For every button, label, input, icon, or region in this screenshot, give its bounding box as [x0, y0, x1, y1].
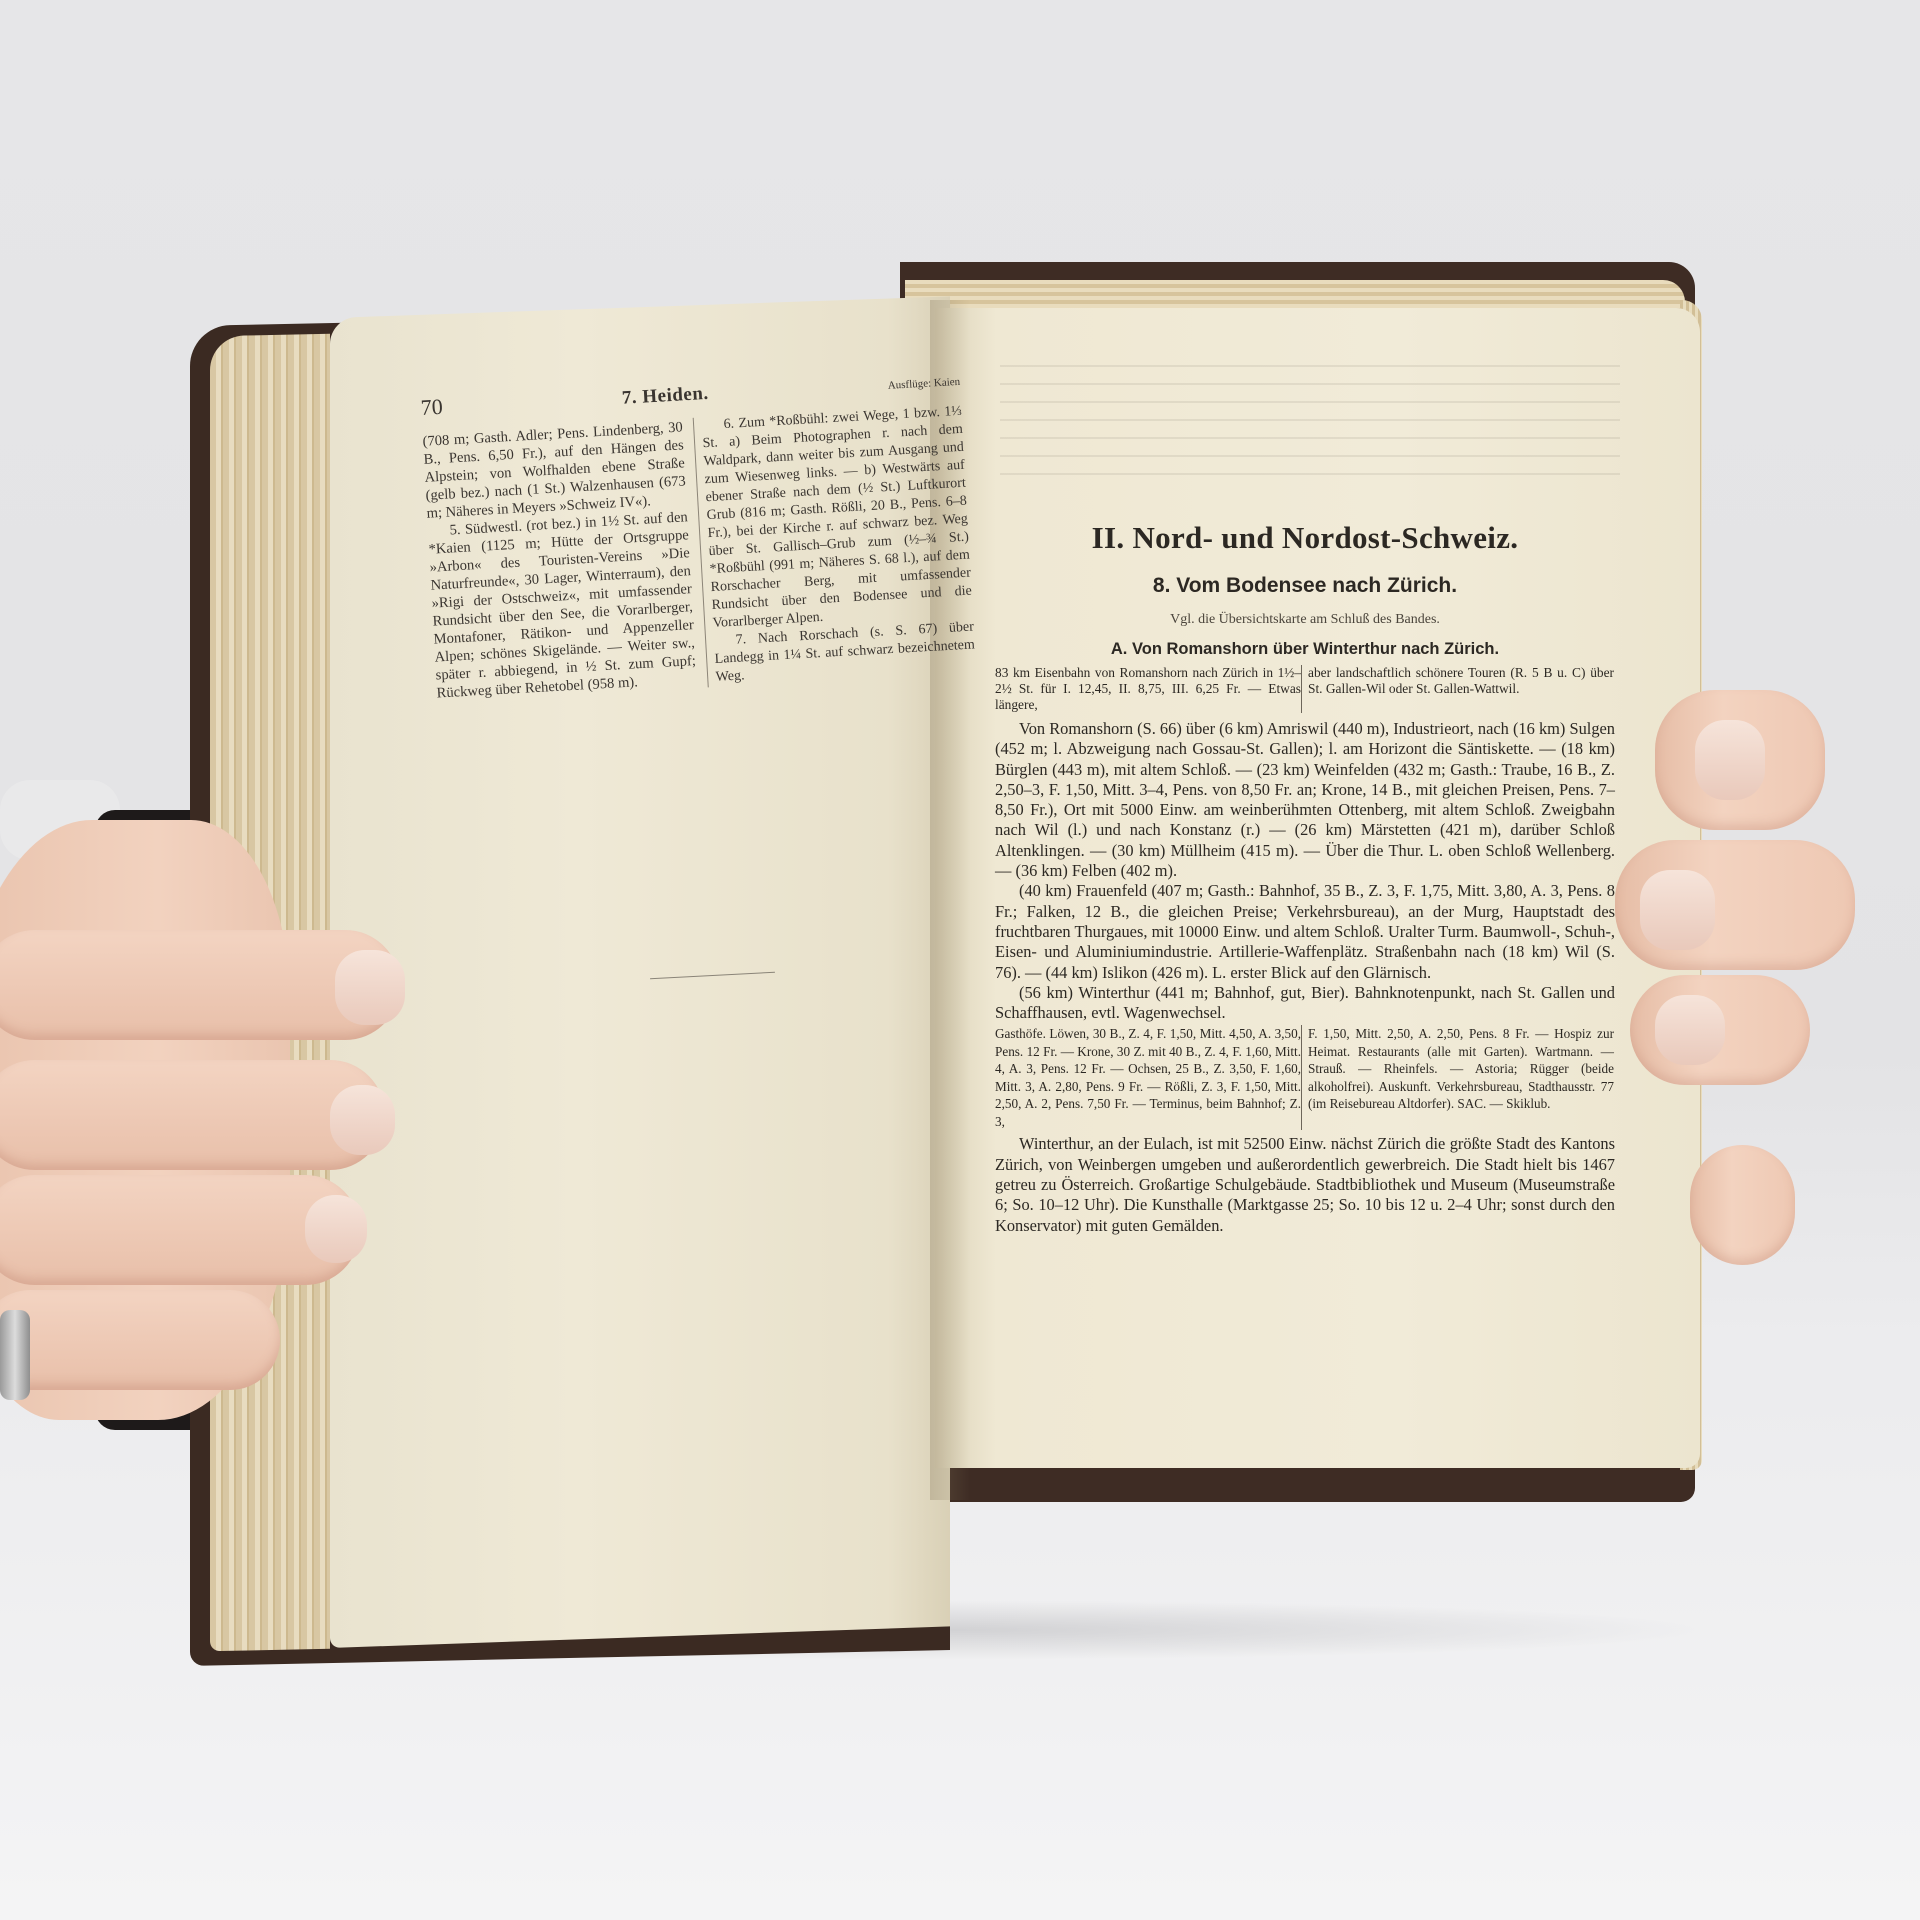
fingernail: [1695, 720, 1765, 800]
show-through-text: [1000, 355, 1620, 475]
paragraph-frauenfeld: (40 km) Frauenfeld (407 m; Gasth.: Bahnh…: [995, 881, 1615, 982]
right-column: 6. Zum *Roßbühl: zwei Wege, 1 bzw. 1⅓ St…: [692, 403, 976, 688]
rail-info-left: 83 km Eisenbahn von Romanshorn nach Züri…: [995, 665, 1301, 713]
page-number: 70: [420, 394, 443, 421]
paragraph-route: Von Romanshorn (S. 66) über (6 km) Amris…: [995, 719, 1615, 881]
right-page-content: II. Nord- und Nordost-Schweiz. 8. Vom Bo…: [995, 520, 1615, 1236]
paragraph-winterthur: (56 km) Winterthur (441 m; Bahnhof, gut,…: [995, 983, 1615, 1024]
part-title: II. Nord- und Nordost-Schweiz.: [995, 520, 1615, 556]
ring: [0, 1310, 30, 1400]
hotel-listing: Gasthöfe. Löwen, 30 B., Z. 4, F. 1,50, M…: [995, 1025, 1615, 1130]
hotels-right: F. 1,50, Mitt. 2,50, A. 2,50, Pens. 8 Fr…: [1301, 1025, 1614, 1130]
fingernail: [1655, 995, 1725, 1065]
map-note: Vgl. die Übersichtskarte am Schluß des B…: [995, 612, 1615, 628]
fingernail: [1640, 870, 1715, 950]
rail-info: 83 km Eisenbahn von Romanshorn nach Züri…: [995, 665, 1615, 713]
fingernail: [330, 1085, 395, 1155]
paragraph-city: Winterthur, an der Eulach, ist mit 52500…: [995, 1134, 1615, 1235]
left-column: (708 m; Gasth. Adler; Pens. Lindenberg, …: [422, 418, 697, 702]
paragraph: 5. Südwestl. (rot bez.) in 1½ St. auf de…: [427, 508, 697, 702]
right-finger: [1690, 1145, 1795, 1265]
hotels-left: Gasthöfe. Löwen, 30 B., Z. 4, F. 1,50, M…: [995, 1025, 1301, 1130]
left-page-content: 70 7. Heiden. Ausflüge: Kaien (708 m; Ga…: [420, 365, 976, 703]
side-head: Ausflüge: Kaien: [887, 376, 960, 392]
left-finger: [0, 1290, 280, 1390]
rail-info-right: aber landschaftlich schönere Touren (R. …: [1301, 665, 1614, 713]
paragraph: 6. Zum *Roßbühl: zwei Wege, 1 bzw. 1⅓ St…: [701, 403, 973, 633]
fingernail: [335, 950, 405, 1025]
chapter-title: 8. Vom Bodensee nach Zürich.: [995, 574, 1615, 598]
left-page-columns: (708 m; Gasth. Adler; Pens. Lindenberg, …: [422, 403, 976, 703]
left-finger: [0, 1060, 385, 1170]
fingernail: [305, 1195, 367, 1263]
section-title: A. Von Romanshorn über Winterthur nach Z…: [995, 640, 1615, 659]
paragraph: (708 m; Gasth. Adler; Pens. Lindenberg, …: [422, 418, 687, 522]
running-head: 7. Heiden.: [621, 383, 709, 410]
